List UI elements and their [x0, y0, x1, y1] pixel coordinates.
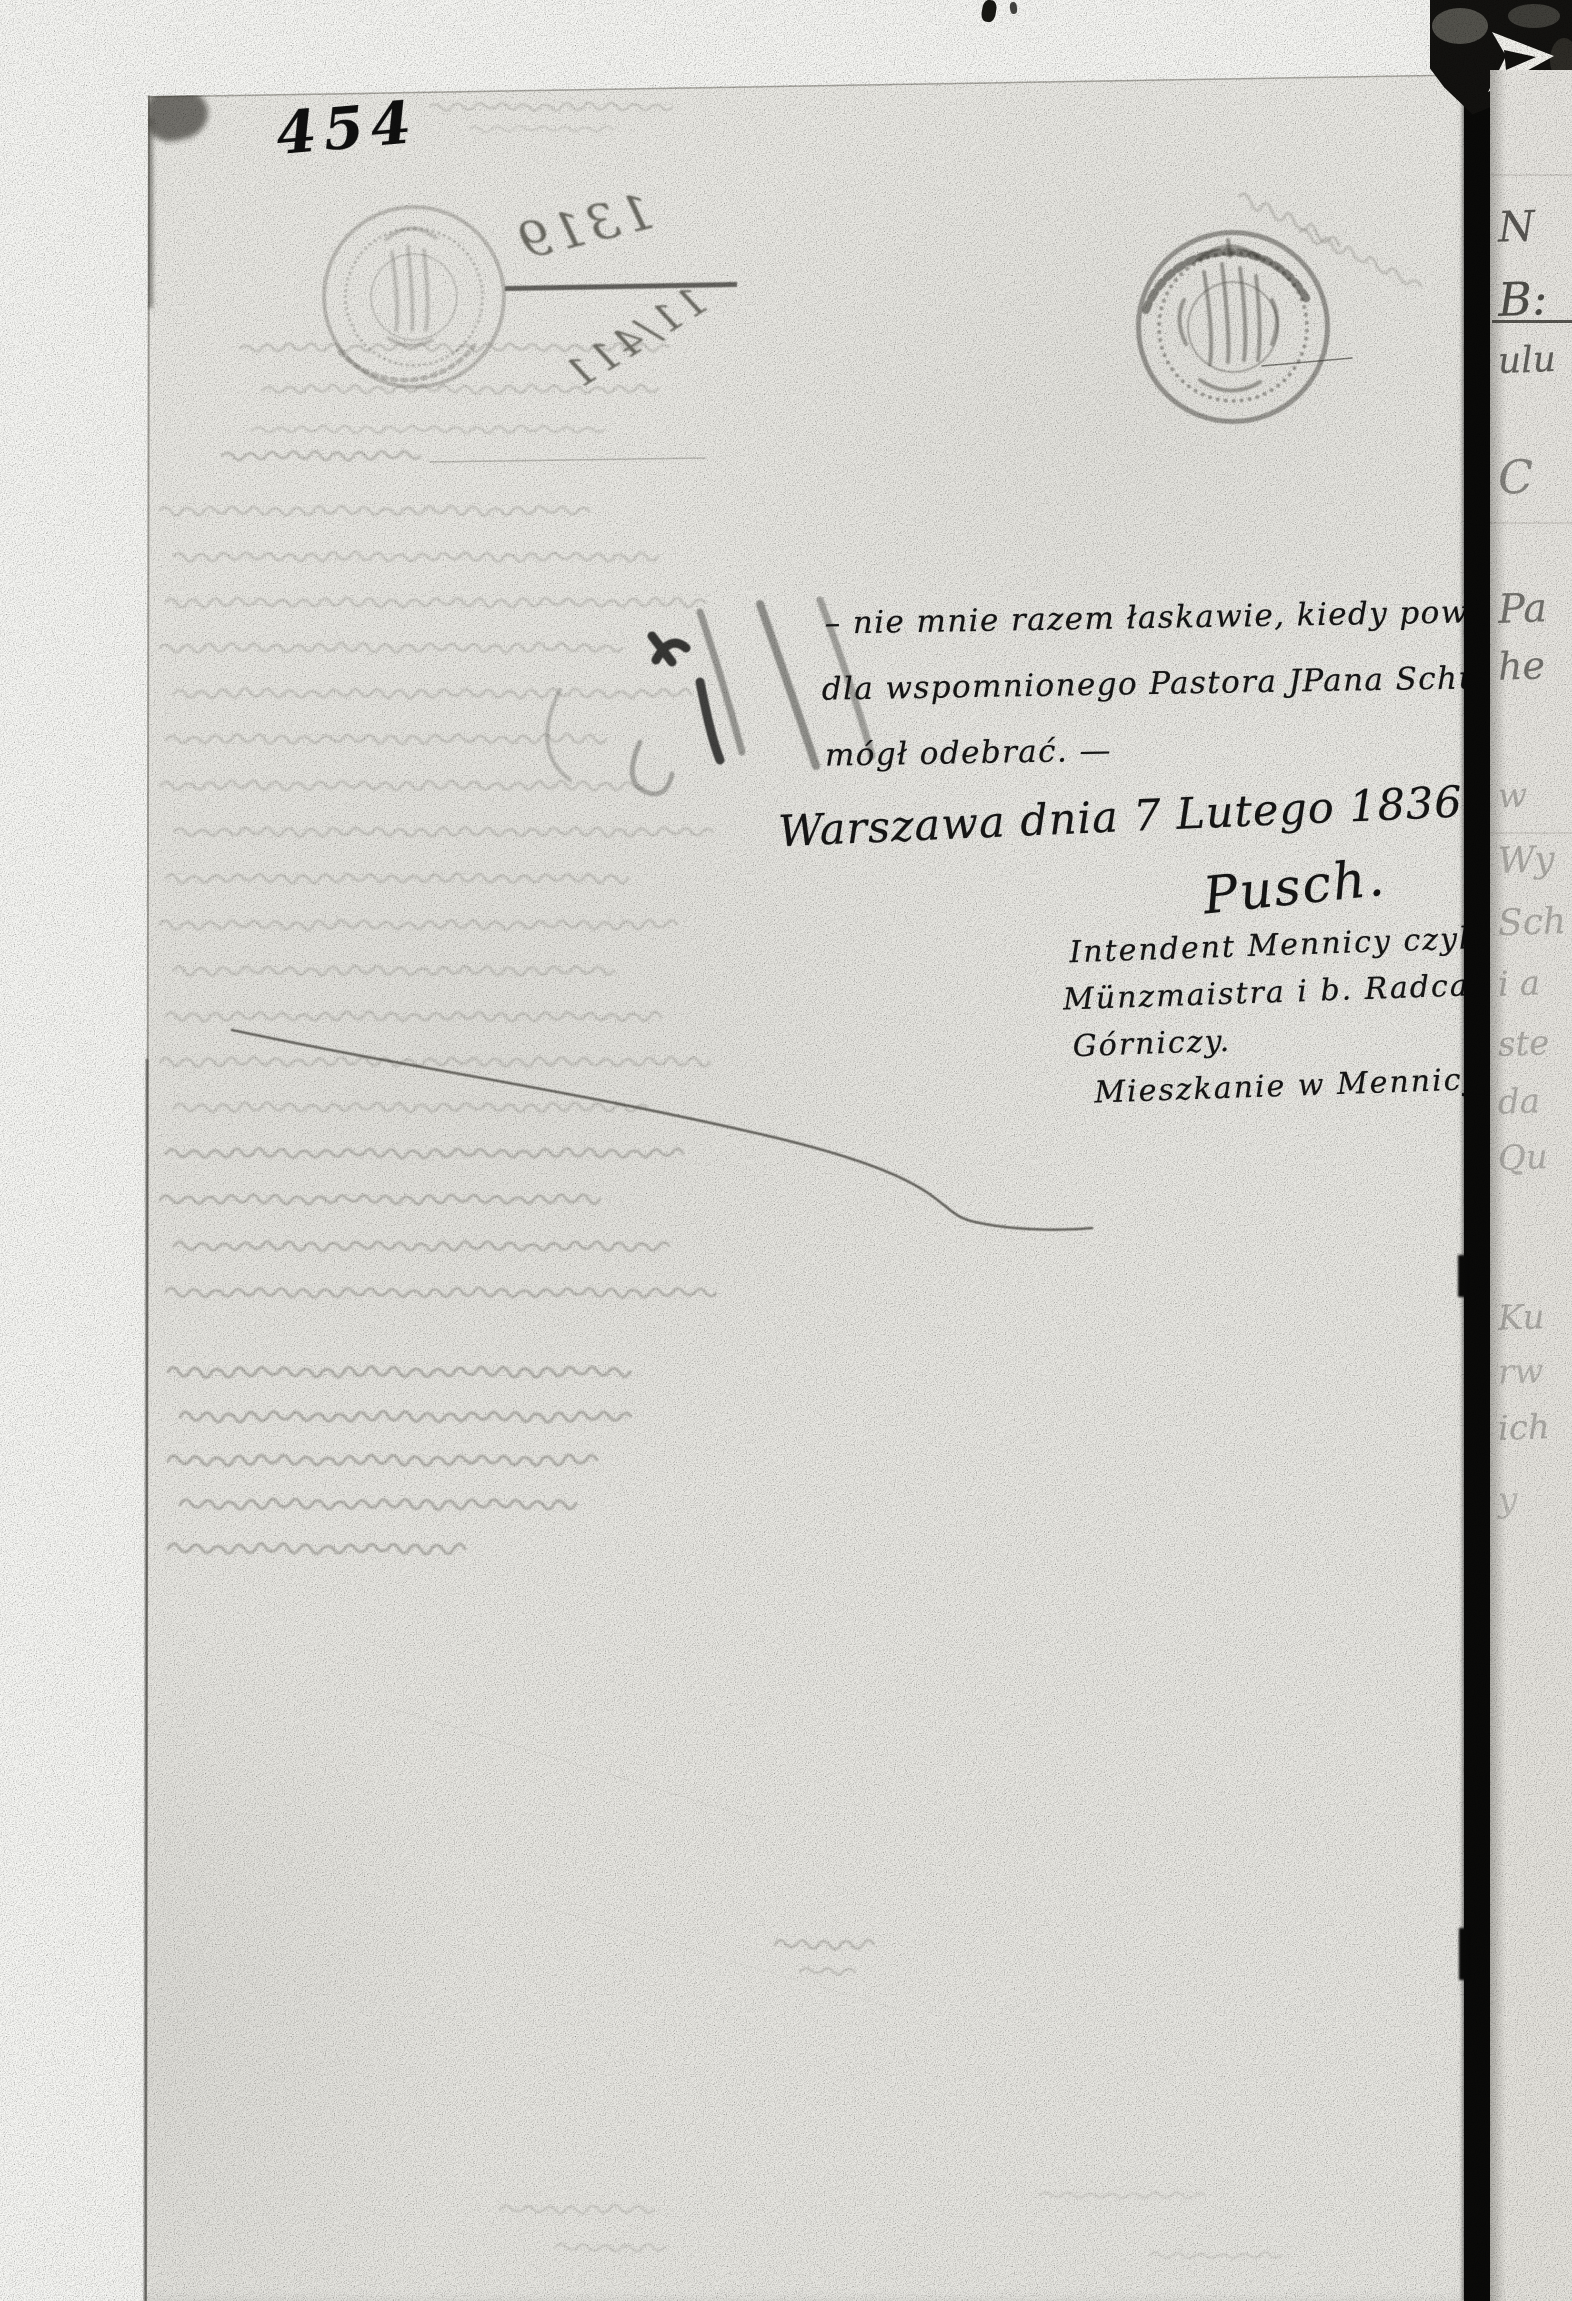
bleedthrough-registry-fraction: 11/411: [556, 277, 715, 400]
adjacent-text-fragment: rw: [1497, 1351, 1544, 1393]
adjacent-text-fragment: i a: [1497, 963, 1540, 1004]
binding-mark: [1009, 2, 1017, 15]
adjacent-page-edge: N B: ulu C Pa he w Wy Sch i a ste da Qu …: [1490, 70, 1572, 2301]
ruled-line: [1490, 174, 1572, 176]
adjacent-text-fragment: w: [1497, 776, 1527, 817]
adjacent-text-fragment: ste: [1497, 1023, 1550, 1065]
adjacent-text-fragment: ulu: [1497, 339, 1556, 382]
document-scan: 454 1319 11/411 – nie mnie razem łaskawi…: [0, 0, 1572, 2301]
adjacent-text-fragment: Pa: [1497, 585, 1548, 633]
adjacent-text-fragment: ich: [1497, 1407, 1550, 1449]
adjacent-text-fragment: Ku: [1497, 1297, 1545, 1339]
book-gutter: [1459, 1928, 1468, 1980]
signature-titles: Intendent Mennicy czyli Münzmaistra i b.…: [1069, 921, 1490, 1123]
page-edge-smudge: [146, 118, 153, 308]
adjacent-text-fragment: C: [1497, 449, 1534, 504]
ruled-line: [1490, 522, 1572, 524]
bleedthrough-registry-number: 1319: [510, 182, 659, 272]
adjacent-text-fragment: N: [1497, 201, 1535, 251]
binding-mark: [980, 0, 998, 23]
round-ink-stamp-right-icon: [1136, 230, 1330, 424]
folio-number: 454: [273, 88, 420, 168]
adjacent-text-fragment: he: [1497, 643, 1545, 689]
adjacent-text-fragment: y: [1497, 1480, 1518, 1521]
adjacent-text-fragment: B:: [1497, 271, 1548, 327]
book-gutter: [1458, 1255, 1467, 1297]
adjacent-text-fragment: da: [1497, 1081, 1540, 1122]
round-ink-stamp-left-icon: [322, 205, 506, 389]
adjacent-text-fragment: Qu: [1497, 1137, 1548, 1179]
ruled-line: [1490, 832, 1572, 834]
adjacent-text-fragment: Sch: [1497, 901, 1566, 944]
handwritten-note: – nie mnie razem łaskawie, kiedy powyższ…: [824, 590, 1572, 803]
manuscript-page: 454 1319 11/411: [0, 0, 1572, 2301]
bleedthrough-underline: [505, 282, 737, 291]
adjacent-text-fragment: Wy: [1497, 839, 1555, 882]
